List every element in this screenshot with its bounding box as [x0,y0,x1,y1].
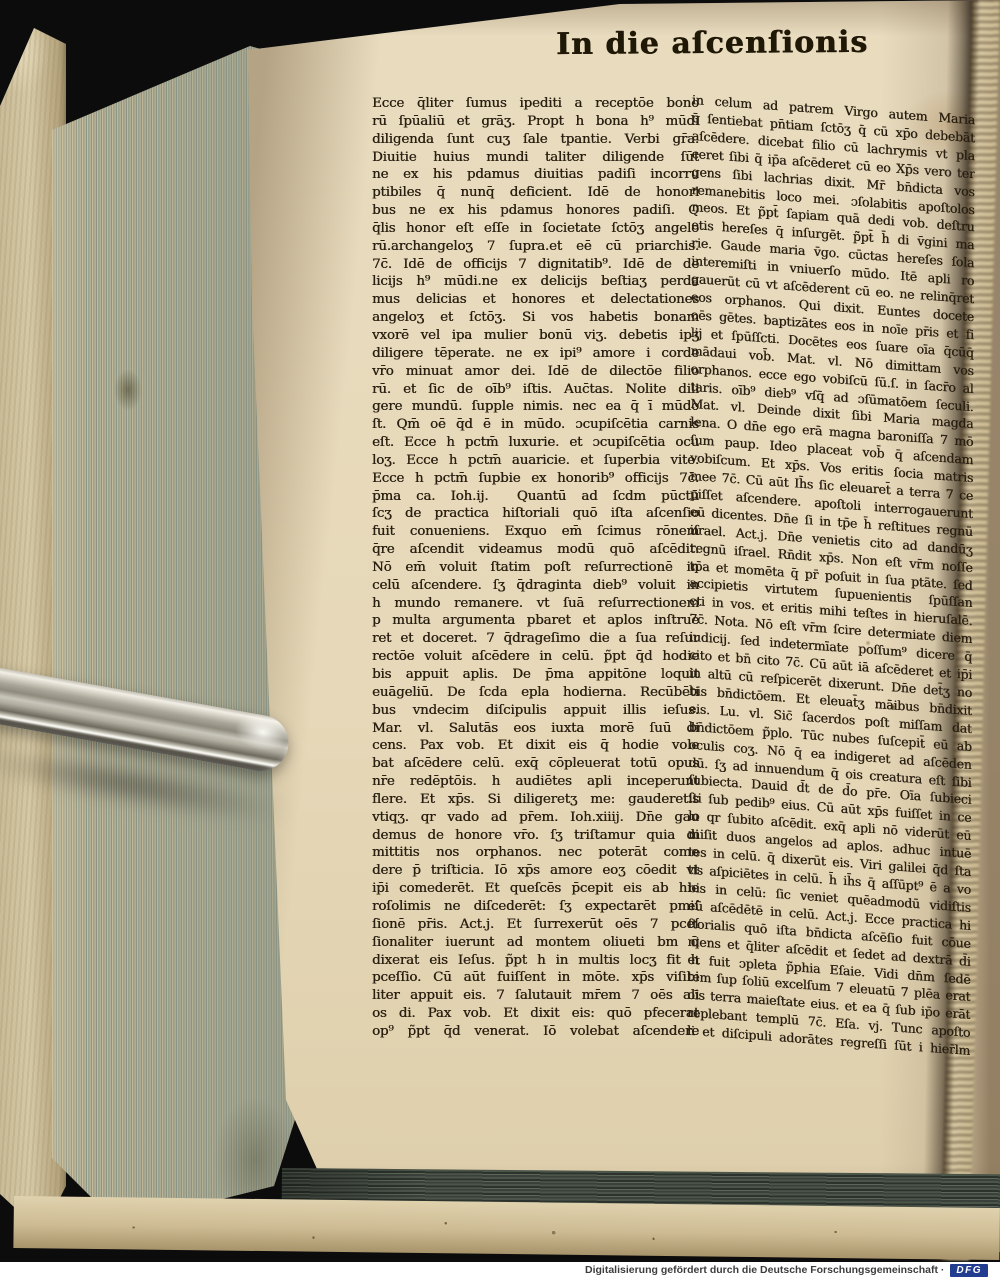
text-line: cens. Pax vob̄. Et dixit eis q̄ hodie vo… [372,737,699,755]
text-line: rū ſpūaliū et grāʒ. Propt̄ h̄ bona h⁹ mū… [372,113,699,131]
text-line: ſcʒ de practica hiſtoriali quō iſta aſce… [372,505,699,523]
text-line: op⁹ p̃pt̄ q̄d venerat. Iō volebat aſcend… [372,1023,699,1041]
text-line: bis appuit aplis. De p̄ma appitōne loqui… [372,666,699,684]
text-line: diligere tēperate. ne ex ipi⁹ amore i co… [372,345,699,363]
text-line: ptibiles q̄ nunq̄ deficient. Idē de hono… [372,184,699,202]
text-line: roſolimis ne diſcederēt: ſʒ expectarēt p… [372,898,699,916]
text-line: fuit conueniens. Exquo em̄ ſcimus rōnem [372,523,699,541]
text-line: ſt. Qm̄ oē q̄d ē in mūdo. ɔcupiſcētia ca… [372,416,699,434]
text-line: Ecce h̄ pctm̄ ſupbie ex honorib⁹ officij… [372,470,699,488]
text-line: rectōe voluit aſcēdere in celū. p̃pt̄ q̄… [372,648,699,666]
text-line: vr̄o minuat̄ amor dei. Idē de dilectōe f… [372,363,699,381]
text-line: h̄ mundo remanere. vt ſuā reſurrectionem [372,595,699,613]
text-line: demus de honore vr̄o. ſʒ triſtamur quia … [372,827,699,845]
text-line: euāgeliū. De ſcd̄a epla hodierna. Recūbē… [372,684,699,702]
text-line: vxorē vel ipa mulier bonū viʒ. debetis i… [372,327,699,345]
text-line: p̄ma ca. Ioh̄.ij. Quantū ad ſcd̄m pūctū [372,488,699,506]
digitization-credit-bar: Digitalisierung gefördert durch die Deut… [0,1262,1000,1278]
text-line: dere p̄ triſticia. Iō xp̄s amore eoʒ cōe… [372,862,699,880]
text-line: rū.archangeloʒ 7 ſupra.et eē cū priarchi… [372,238,699,256]
text-line: rū. et ſic de oīb⁹ iſtis. Auc̄tas. Nolit… [372,381,699,399]
text-line: celū aſcendere. ſʒ q̄draginta dieb⁹ volu… [372,577,699,595]
text-line: ret et doceret. 7 q̄drageſimo die a ſua … [372,630,699,648]
text-line: 7c̄. Idē de officijs 7 dignitatib⁹. Idē … [372,256,699,274]
text-line: pceſſio. Cū aūt fuiſſent in mōte. xp̄s v… [372,969,699,987]
text-line: gere mundū. ſupple nimis. nec ea q̄ ī mū… [372,398,699,416]
text-line: ſionaliter iuerunt ad montem oliueti b̄m… [372,934,699,952]
text-line: dixerat eis Ieſus. p̃pt̄ h̄ in multis lo… [372,952,699,970]
text-line: liter appuit eis. 7 ſalutauit mr̄em 7 oē… [372,987,699,1005]
text-line: q̄lis honor eſt eſſe in ſocietate ſctōʒ … [372,220,699,238]
text-column-left: Ecce q̄liter ſumus ipediti a receptōe bo… [372,95,699,1041]
text-column-right: in celum ad patrem Virgo autem Mariaq̄ ſ… [687,91,975,1060]
text-line: angeloʒ et ſctōʒ. Si vos habetis bonam [372,309,699,327]
text-line: ſionē pr̄is. Act.j. Et ſurrexerūt oēs 7 … [372,916,699,934]
text-line: vtiqʒ. qr vado ad pr̄em. Ioh̄.xiiij. Dn̄… [372,809,699,827]
text-line: eſt. Ecce h̄ pctm̄ luxurie. et ɔcupiſcēt… [372,434,699,452]
text-line: bat aſcēdere celū. exq̄ cōpleuerat totū … [372,755,699,773]
text-line: Diuitie huius mundi taliter diligende ſū… [372,149,699,167]
text-line: flere. Et xp̄s. Si diligeretʒ me: gauder… [372,791,699,809]
text-line: ip̄i comederēt. Et queſcēs p̄cepit eis a… [372,880,699,898]
text-line: mittitis nos orphanos. nec poterāt come [372,844,699,862]
page-title: In die aſcenſionis [552,25,872,62]
text-line: nr̄e redēptōis. h̄ audiētes apli inceper… [372,773,699,791]
text-line: bus vndecim diſcipulis appuit illis ieſu… [372,702,699,720]
text-line: os di. Pax vob̄. Et dixit eis: quō pfece… [372,1005,699,1023]
text-line: ne ex his pdamus diuitias padiſi incorru [372,166,699,184]
text-line: p multa argumenta pbaret et aplos inſtru… [372,612,699,630]
dfg-logo: DFG [950,1264,988,1277]
text-line: Ecce q̄liter ſumus ipediti a receptōe bo… [372,95,699,113]
digitization-credit-text: Digitalisierung gefördert durch die Deut… [585,1264,944,1276]
text-line: mus delicias et honores et delectationes [372,291,699,309]
text-line: licijs h⁹ mūdi.ne ex delicijs beſtiaʒ pe… [372,273,699,291]
photographed-book-scan: In die aſcenſionis Ecce q̄liter ſumus ip… [0,0,1000,1278]
text-line: loʒ. Ecce h̄ pctm̄ auaricie. et ſuperbia… [372,452,699,470]
text-line: diligenda ſunt cuʒ ſale tpantie. Verbi g… [372,131,699,149]
text-line: Mar. vl. Salutās eos iuxta morē ſuū di [372,720,699,738]
cover-bottom-edge [13,1196,1000,1260]
text-line: bus ne ex his pdamus honores padiſi. Q [372,202,699,220]
text-line: q̄re aſcendit videamus modū quō aſcēdit. [372,541,699,559]
text-line: Nō em̄ voluit ſtatim poſt reſurrectionē … [372,559,699,577]
